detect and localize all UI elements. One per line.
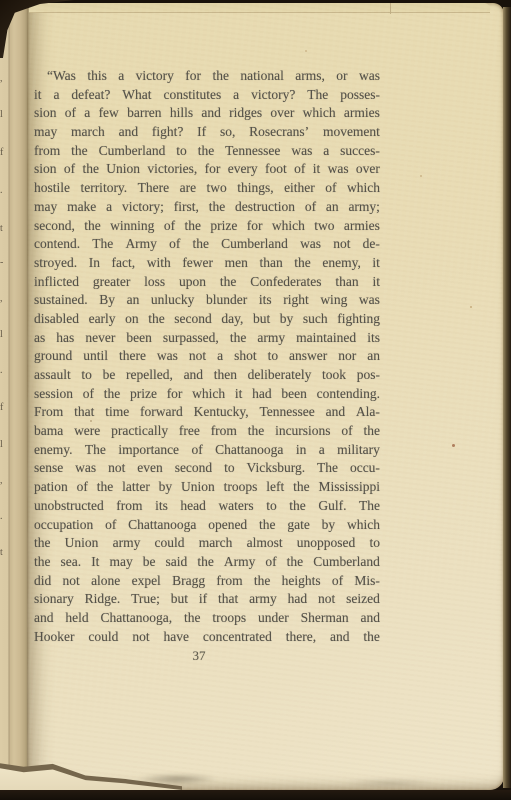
edge-text-fragment: t (0, 548, 8, 558)
text-line: theUnionarmycouldmarchalmostunopposedto (34, 535, 380, 554)
text-line: second,thewinningoftheprizeforwhichtwoar… (34, 218, 380, 237)
text-line: sionofafewbarrenhillsandridgesoverwhicha… (34, 105, 380, 124)
text-line: assaulttoberepelled,andthendeliberatelyt… (34, 367, 380, 386)
underlying-page-edge (29, 3, 490, 13)
text-line: disabledearlyonthesecondday,butbysuchfig… (34, 311, 380, 330)
edge-text-fragment: , (0, 74, 8, 84)
text-line: sessionoftheprizeforwhichithadbeenconten… (34, 386, 380, 405)
text-line: sionoftheUnionvictories,foreveryfootofit… (34, 161, 380, 180)
paper-speck (452, 444, 455, 447)
edge-text-fragment: - (0, 258, 8, 268)
paper-speck (140, 596, 142, 598)
edge-text-fragment: l (0, 440, 8, 450)
text-line: Hookercouldnothaveconcentratedthere,andt… (34, 629, 380, 648)
edge-text-fragment: f (0, 403, 8, 413)
edge-text-fragment: f (0, 148, 8, 158)
text-line: maymarchandfight?Ifso,Rosecrans’movement (34, 124, 380, 143)
text-line: maymakeavictory;first,thedestructionofan… (34, 199, 380, 218)
text-line: “Wasthisavictoryforthenationalarms,orwas (34, 68, 380, 87)
text-line: sensewasnotevensecondtoVicksburg.Theoccu… (34, 460, 380, 479)
scanned-book-photo: ,lf.t-,l.fl,.t “Wasthisavictoryforthenat… (0, 0, 511, 800)
text-line: andheldChattanooga,thetroopsunderSherman… (34, 610, 380, 629)
text-line: stroyed.Infact,withfewermenthantheenemy,… (34, 255, 380, 274)
text-line: occupationofChattanoogaopenedthegatebywh… (34, 517, 380, 536)
paper-speck (420, 175, 422, 177)
paper-speck (305, 50, 307, 52)
top-crease-line (390, 3, 391, 14)
text-line: sionaryRidge.True;butifthatarmyhadnotsei… (34, 591, 380, 610)
paper-speck (90, 420, 92, 422)
text-line: sustained.Byanunluckyblunderitsrightwing… (34, 292, 380, 311)
text-line: grounduntiltherewasnotashottoanswernoran (34, 348, 380, 367)
edge-text-fragment: t (0, 224, 8, 234)
text-line: didnotaloneexpelBraggfromtheheightsofMis… (34, 573, 380, 592)
text-line: enemy.TheimportanceofChattanoogainamilit… (34, 442, 380, 461)
page-edge-right-shadow (503, 7, 511, 788)
edge-text-fragment: , (0, 294, 8, 304)
text-line: pationofthelatterbyUniontroopslefttheMis… (34, 479, 380, 498)
book-edge-bottom (0, 790, 511, 800)
smudge-stain (325, 778, 455, 788)
smudge-stain (120, 772, 235, 786)
edge-text-fragment: l (0, 330, 8, 340)
text-line: itadefeat?Whatconstitutesavictory?Thepos… (34, 87, 380, 106)
edge-text-fragment: . (0, 366, 8, 376)
text-line: ashasneverbeensurpassed,thearmymaintaine… (34, 330, 380, 349)
paper-speck (470, 306, 472, 308)
edge-text-fragment: . (0, 512, 8, 522)
edge-text-fragment: , (0, 476, 8, 486)
page-text: “Wasthisavictoryforthenationalarms,orwas… (34, 68, 380, 647)
text-line: inflictedgreaterlossupontheConfederatest… (34, 274, 380, 293)
text-line: bamawerepracticallyfreefromtheincursions… (34, 423, 380, 442)
text-line: FromthattimeforwardKentucky,Tennesseeand… (34, 404, 380, 423)
edge-text-fragment: . (0, 186, 8, 196)
text-line: contend.TheArmyoftheCumberlandwasnotde- (34, 236, 380, 255)
text-line: unobstructedfromitsheadwaterstotheGulf.T… (34, 498, 380, 517)
edge-text-fragment: l (0, 110, 8, 120)
page-number: 37 (184, 648, 214, 664)
text-line: hostileterritory.Therearetwothings,eithe… (34, 180, 380, 199)
text-line: fromtheCumberlandtotheTennesseewasasucce… (34, 143, 380, 162)
text-line: thesea.ItmaybesaidtheArmyoftheCumberland (34, 554, 380, 573)
